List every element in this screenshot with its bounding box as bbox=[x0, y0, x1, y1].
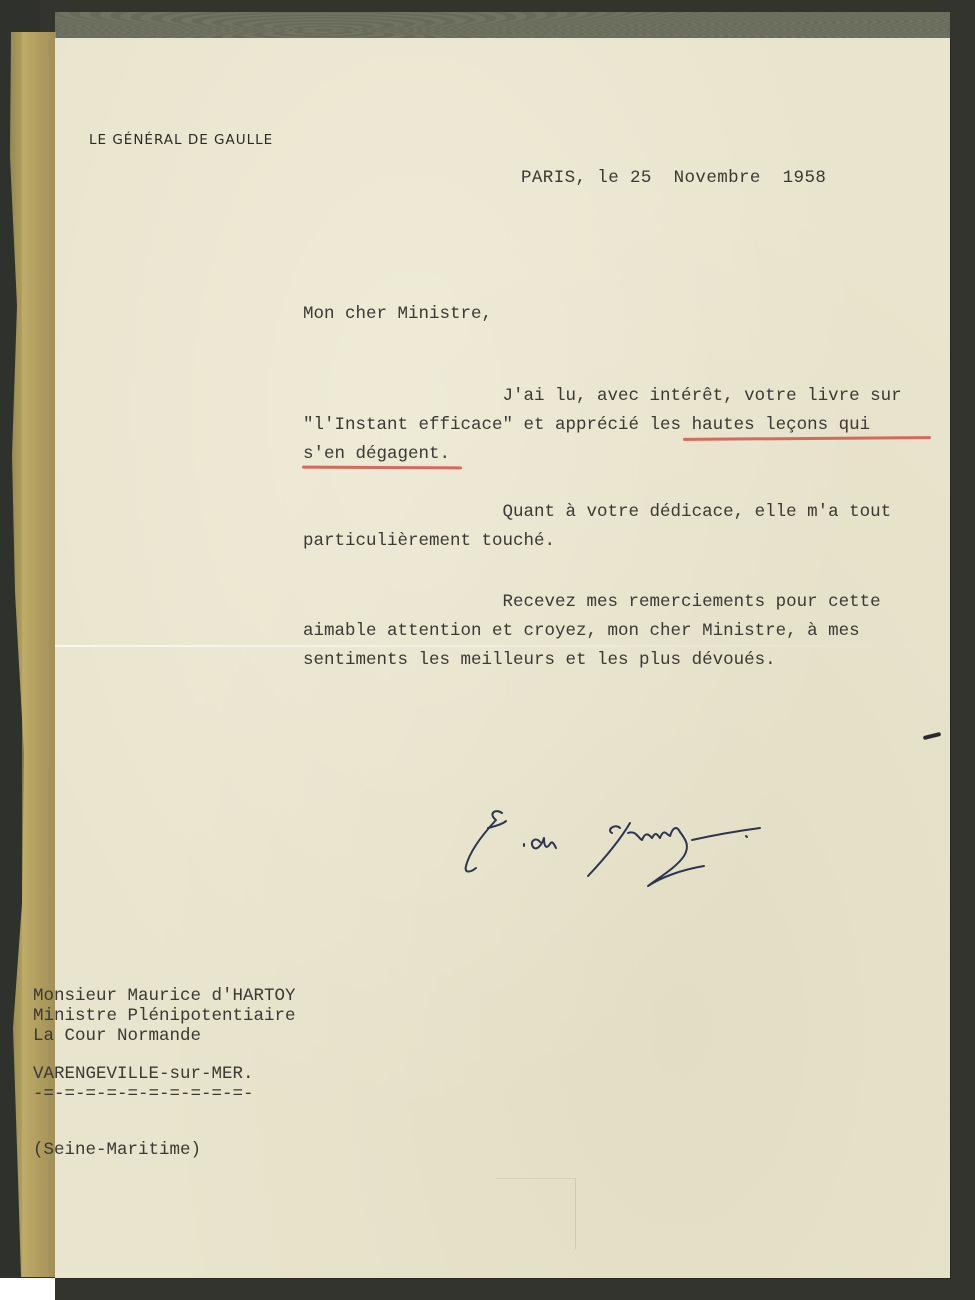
recipient-name: Monsieur Maurice d'HARTOY bbox=[33, 986, 296, 1006]
recipient-title: Ministre Plénipotentiaire bbox=[33, 1006, 296, 1026]
paragraph-3-line-3: sentiments les meilleurs et les plus dév… bbox=[303, 646, 881, 675]
paragraph-1-line-3: s'en dégagent. bbox=[303, 440, 902, 469]
paragraph-3: Recevez mes remerciements pour cetteaima… bbox=[303, 588, 881, 675]
paragraph-3-line-2: aimable attention et croyez, mon cher Mi… bbox=[303, 617, 881, 646]
paragraph-2-line-1: Quant à votre dédicace, elle m'a tout bbox=[303, 498, 891, 527]
recipient-residence: La Cour Normande bbox=[33, 1026, 296, 1046]
faint-watermark bbox=[495, 1178, 576, 1249]
recipient-town: VARENGEVILLE-sur-MER. bbox=[33, 1064, 296, 1084]
paragraph-2-line-2: particulièrement touché. bbox=[303, 527, 891, 556]
salutation: Mon cher Ministre, bbox=[303, 300, 492, 329]
ink-mark bbox=[923, 732, 941, 740]
handwritten-signature-icon bbox=[440, 778, 770, 898]
scan-corner bbox=[0, 1278, 55, 1300]
paragraph-1-line-1: J'ai lu, avec intérêt, votre livre sur bbox=[303, 382, 902, 411]
paragraph-3-line-1: Recevez mes remerciements pour cette bbox=[303, 588, 881, 617]
recipient-address: Monsieur Maurice d'HARTOYMinistre Plénip… bbox=[33, 986, 296, 1104]
paragraph-1: J'ai lu, avec intérêt, votre livre sur"l… bbox=[303, 382, 902, 469]
letter-page: LE GÉNÉRAL DE GAULLE PARIS, le 25 Novemb… bbox=[55, 38, 950, 1278]
document-scan: LE GÉNÉRAL DE GAULLE PARIS, le 25 Novemb… bbox=[0, 0, 975, 1300]
letterhead: LE GÉNÉRAL DE GAULLE bbox=[89, 132, 273, 148]
paragraph-1-line-2: "l'Instant efficace" et apprécié les hau… bbox=[303, 411, 902, 440]
address-separator: -=-=-=-=-=-=-=-=-=-=- bbox=[33, 1084, 296, 1104]
recipient-department: (Seine-Maritime) bbox=[33, 1136, 201, 1165]
paragraph-2: Quant à votre dédicace, elle m'a toutpar… bbox=[303, 498, 891, 556]
date-line: PARIS, le 25 Novembre 1958 bbox=[521, 164, 826, 193]
